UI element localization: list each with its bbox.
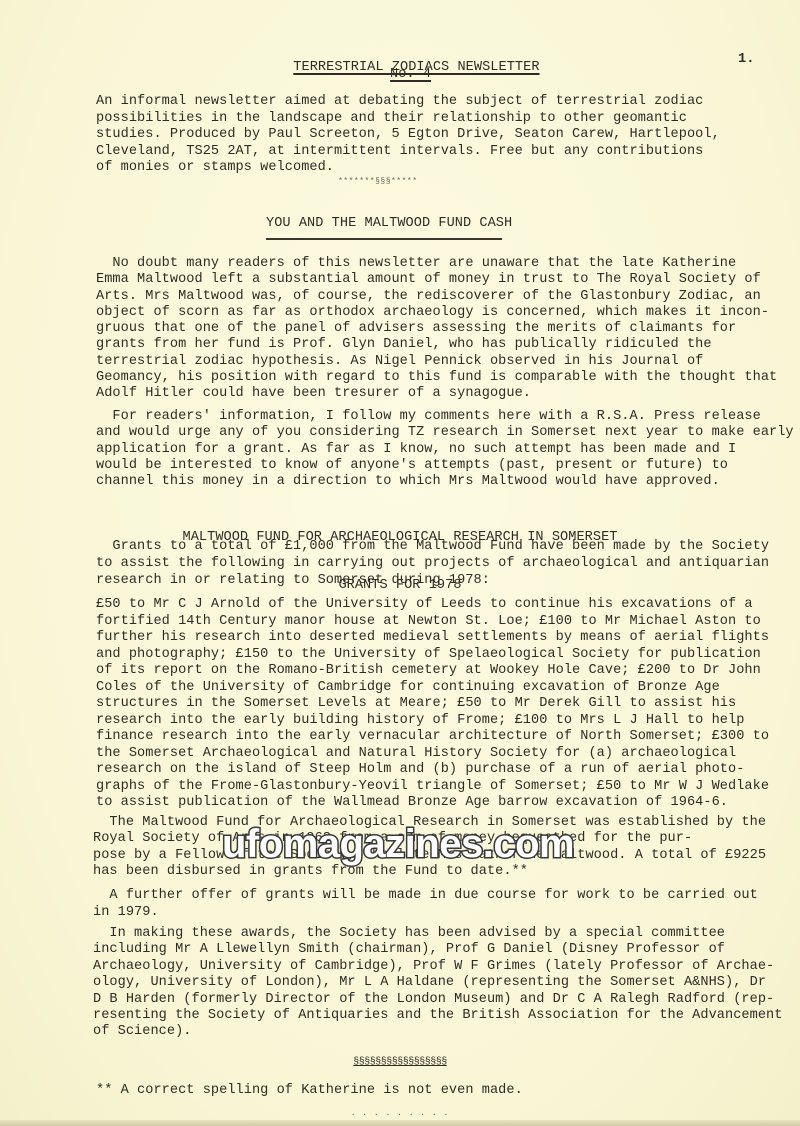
article-heading: YOU AND THE MALTWOOD FUND CASH [266,216,512,232]
press-release-paragraph-1: Grants to a total of £1,000 from the Mal… [96,538,769,589]
press-release-grants-list: £50 to Mr C J Arnold of the University o… [96,597,769,812]
press-release-paragraph-5: In making these awards, the Society has … [93,926,782,1041]
page-bottom-edge [0,1120,800,1126]
page-number: 1. [738,52,754,68]
heading-underline [266,238,502,240]
issue-number: No. 4 [390,67,431,83]
newsletter-page: TERRESTRIAL ZODIACS NEWSLETTER No. 4 1. … [0,0,800,1126]
article-paragraph-1: No doubt many readers of this newsletter… [96,256,777,403]
separator-bottom: §§§§§§§§§§§§§§§§§ [0,1055,800,1071]
press-release-paragraph-4: A further offer of grants will be made i… [93,887,758,921]
footnote: ** A correct spelling of Katherine is no… [96,1083,523,1099]
watermark: ufomagazines.com [222,822,574,866]
intro-paragraph: An informal newsletter aimed at debating… [96,94,720,177]
article-paragraph-2: For readers' information, I follow my co… [96,409,794,490]
separator-top: *******§§§***** [338,174,418,190]
